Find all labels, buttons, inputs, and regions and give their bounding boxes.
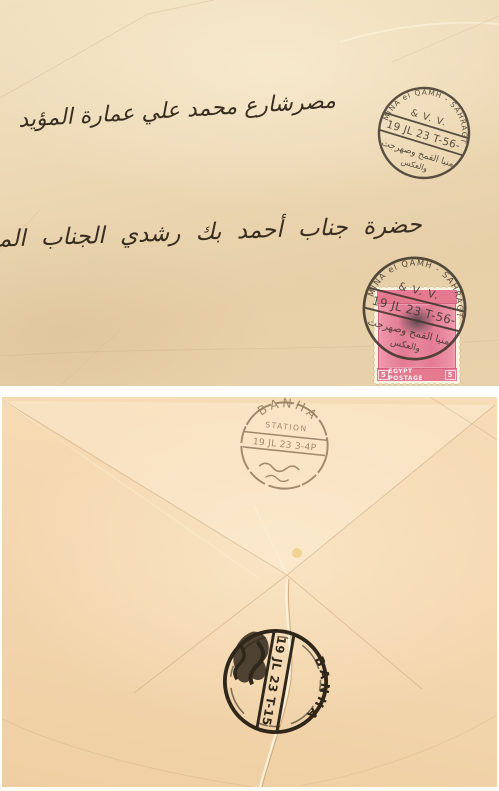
banha-dark-postmark: BANHA 19 JL 23 T-15	[197, 603, 353, 759]
envelope-front: مصر شارع محمد علي عمارة المؤيد حضرة جناب…	[0, 0, 499, 386]
postmark-town-arc: BANHA	[253, 397, 323, 425]
postmark-vv-text: & V. V.	[397, 280, 441, 303]
handwritten-word-misr: مصر	[292, 88, 336, 116]
postmark-arabic-squiggle	[259, 463, 300, 474]
svg-text:BANHA: BANHA	[253, 397, 323, 425]
stamp-value-left: 5	[379, 371, 388, 379]
postmark-arabic-2: والعكس	[389, 337, 421, 354]
postmark-arabic-squiggle-2	[265, 475, 288, 482]
banha-station-postmark: BANHA STATION 19 JL 23 3-4P	[221, 397, 347, 509]
envelope-back: BANHA STATION 19 JL 23 3-4P BANHA 19 JL …	[2, 397, 497, 787]
postmark-station-text: STATION	[265, 420, 308, 433]
toning-spot	[292, 548, 302, 558]
svg-text:BANHA: BANHA	[301, 652, 337, 726]
postmark-town-arc: BANHA	[301, 652, 337, 726]
